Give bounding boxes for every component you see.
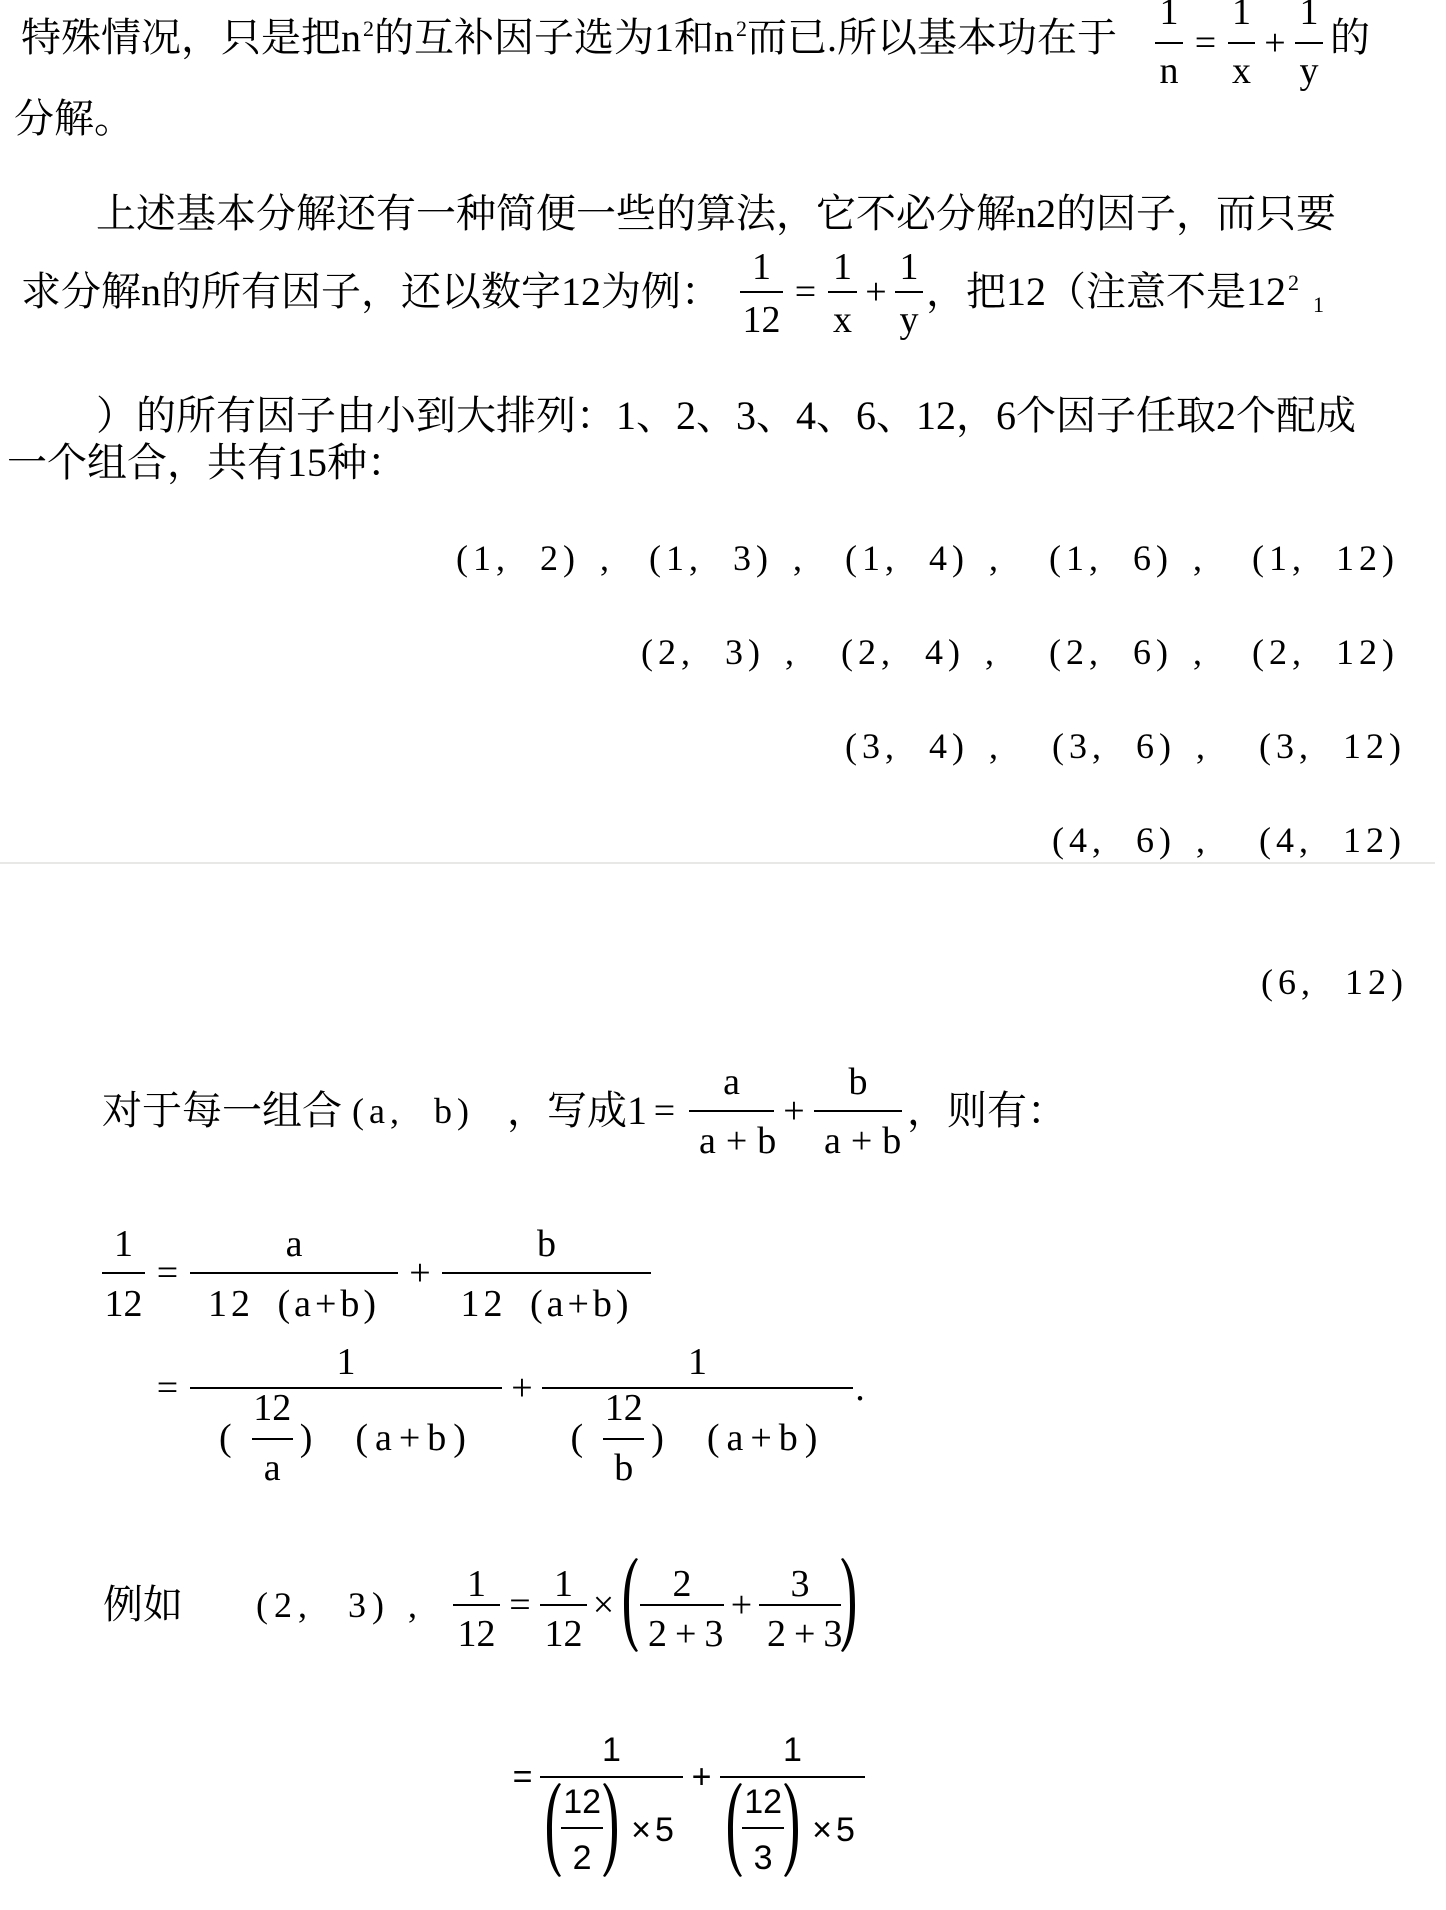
- combination-item: (1, 12): [1252, 538, 1399, 578]
- denominator: 2+3: [759, 1606, 841, 1653]
- method-line-3: ）的所有因子由小到大排列：1、2、3、4、6、12，6个因子任取2个配成: [96, 396, 1356, 436]
- equals-sign: =: [505, 1733, 540, 1821]
- combination-item: (2, 3),: [641, 632, 794, 672]
- combination-pair: (1, 4): [845, 538, 969, 578]
- fraction: 1 x: [1228, 0, 1255, 90]
- denominator: 12 2 ×5: [540, 1778, 683, 1878]
- combination-item: (1, 4),: [845, 538, 998, 578]
- superscript: 2: [736, 16, 747, 41]
- fraction: 3 2+3: [759, 1565, 841, 1653]
- denominator: y: [1295, 44, 1323, 90]
- example-pair-separator: ,: [408, 1585, 422, 1625]
- denominator: 3: [742, 1829, 784, 1875]
- method-line-1: 上述基本分解还有一种简便一些的算法，它不必分解n2的因子，而只要: [96, 194, 1336, 234]
- intro-text-2: 的互补因子选为1和n: [374, 15, 734, 60]
- numerator: 1: [895, 248, 923, 291]
- combination-item: (1, 3),: [649, 538, 802, 578]
- nested-fraction: 12 2: [561, 1785, 603, 1875]
- denominator: 12 (a+b): [442, 1274, 651, 1323]
- denominator: 12 3 ×5: [720, 1778, 865, 1878]
- page-divider: [0, 862, 1435, 864]
- combination-item: (1, 6),: [1049, 538, 1202, 578]
- fraction: a 12 (a+b): [190, 1225, 398, 1323]
- denominator: ( 12 a ) (a+b): [190, 1389, 502, 1487]
- combination-pair: (3, 4): [845, 726, 969, 766]
- numerator: a: [689, 1063, 774, 1110]
- intro-text-1: 特殊情况，只是把n: [21, 15, 361, 60]
- plus-sign: +: [774, 1063, 814, 1159]
- denominator: x: [1228, 44, 1255, 90]
- nested-fraction: 12 a: [252, 1389, 293, 1487]
- numerator: 1: [1228, 0, 1255, 42]
- denominator: x: [828, 293, 857, 339]
- equals-sign: =: [1183, 0, 1228, 93]
- intro-line-1-tail: 的: [1330, 18, 1370, 58]
- superscript: 2: [1288, 270, 1299, 295]
- general-form-text-3: ，则有：: [907, 1091, 1067, 1131]
- denominator: 12: [102, 1274, 145, 1323]
- combination-pair: (2, 3): [641, 632, 765, 672]
- denominator: y: [895, 293, 923, 339]
- times-sign: ×: [587, 1565, 620, 1645]
- period: .: [853, 1343, 867, 1433]
- combination-item: (1, 2),: [456, 538, 609, 578]
- combination-pair: (4, 12): [1259, 820, 1406, 860]
- numerator: 1: [542, 1343, 853, 1387]
- plus-sign: +: [857, 248, 895, 336]
- numerator: 1: [828, 248, 857, 291]
- right-paren: ): [300, 1419, 313, 1457]
- equals-sign: =: [145, 1343, 190, 1433]
- numerator: 1: [1295, 0, 1323, 42]
- combination-pair: (2, 6): [1049, 632, 1173, 672]
- numerator: 12: [561, 1785, 603, 1827]
- combination-item: (3, 6),: [1052, 726, 1205, 766]
- denominator: 2+3: [640, 1606, 724, 1653]
- combination-item: (2, 12): [1252, 632, 1399, 672]
- combination-item: (4, 6),: [1052, 820, 1205, 860]
- superscript: 2: [363, 16, 374, 41]
- left-paren: (: [219, 1419, 232, 1457]
- big-right-paren-icon: [603, 1782, 619, 1878]
- fraction: 1 12: [453, 1565, 500, 1653]
- example-equation-1: 1 12 = 1 12 × 2 2+3 + 3 2+3: [453, 1565, 857, 1653]
- separator: ,: [1196, 820, 1205, 860]
- combination-pair: (1, 12): [1252, 538, 1399, 578]
- separator: ,: [793, 538, 802, 578]
- denominator: 12: [453, 1606, 500, 1653]
- plus-sign: +: [683, 1733, 720, 1821]
- general-form-text-2: ，写成1: [507, 1091, 647, 1131]
- denominator: a+b: [689, 1112, 774, 1160]
- intro-line-1: 特殊情况，只是把n2的互补因子选为1和n2而已.所以基本功在于: [21, 18, 1117, 58]
- fraction: 1 y: [1295, 0, 1323, 90]
- fraction: 1 12 2 ×5: [540, 1733, 683, 1878]
- plus-sign: +: [724, 1565, 759, 1645]
- combination-item: (3, 12): [1259, 726, 1406, 766]
- separator: ,: [600, 538, 609, 578]
- combination-pair: (3, 6): [1052, 726, 1176, 766]
- combination-pair: (1, 6): [1049, 538, 1173, 578]
- derivation-equation-1: 1 12 = a 12 (a+b) + b 12 (a+b): [102, 1225, 651, 1323]
- numerator: 2: [640, 1565, 724, 1604]
- left-paren: (: [571, 1419, 584, 1457]
- combination-pair: (3, 12): [1259, 726, 1406, 766]
- big-left-paren-icon: [620, 1557, 640, 1653]
- denominator: a: [252, 1440, 293, 1487]
- numerator: a: [190, 1225, 398, 1272]
- fraction: 1 12: [540, 1565, 587, 1653]
- numerator: 12: [742, 1785, 784, 1827]
- denominator: 12: [540, 1606, 587, 1653]
- subscript: 1: [1313, 292, 1324, 317]
- numerator: b: [814, 1063, 902, 1110]
- separator: ,: [989, 726, 998, 766]
- equals-sign: =: [640, 1063, 689, 1159]
- big-left-paren-icon: [726, 1782, 742, 1878]
- numerator: 1: [720, 1733, 865, 1776]
- factor: (a+b): [707, 1419, 825, 1457]
- method-tail-text: ，把12（注意不是12: [926, 269, 1286, 314]
- combination-pair: (4, 6): [1052, 820, 1176, 860]
- denominator: 12 (a+b): [190, 1274, 398, 1323]
- equals-sign: =: [783, 248, 828, 336]
- general-form-equation: = a a+b + b a+b: [640, 1063, 902, 1160]
- method-equation: 1 12 = 1 x + 1 y: [740, 248, 923, 339]
- numerator: 1: [102, 1225, 145, 1272]
- numerator: 1: [740, 248, 783, 291]
- derivation-equation-2: = 1 ( 12 a ) (a+b) + 1 ( 12 b ) (a+b): [145, 1343, 867, 1487]
- fraction: 2 2+3: [640, 1565, 724, 1653]
- combination-pair: (6, 12): [1261, 962, 1408, 1002]
- fraction: 1 y: [895, 248, 923, 339]
- separator: ,: [1193, 632, 1202, 672]
- factor: (a+b): [355, 1419, 473, 1457]
- intro-line-2: 分解。: [14, 99, 134, 139]
- separator: ,: [985, 632, 994, 672]
- combination-pair: (2, 4): [841, 632, 965, 672]
- intro-text-3: 而已.所以基本功在于: [747, 15, 1117, 60]
- nested-fraction: 12 3: [742, 1785, 784, 1875]
- fraction: b 12 (a+b): [442, 1225, 651, 1323]
- denominator: b: [603, 1440, 644, 1487]
- fraction: 1 12: [740, 248, 783, 339]
- combination-item: (3, 4),: [845, 726, 998, 766]
- numerator: 12: [252, 1389, 293, 1438]
- fraction: 1 x: [828, 248, 857, 339]
- method-line-4: 一个组合，共有15种：: [7, 443, 407, 483]
- equals-sign: =: [500, 1565, 540, 1645]
- fraction: 1 n: [1155, 0, 1183, 90]
- plus-sign: +: [398, 1225, 442, 1321]
- numerator: 1: [190, 1343, 502, 1387]
- big-right-paren-icon: [841, 1557, 857, 1653]
- method-line-2: 求分解n的所有因子，还以数字12为例：: [21, 272, 721, 312]
- combination-item: (4, 12): [1259, 820, 1406, 860]
- big-left-paren-icon: [545, 1782, 561, 1878]
- plus-sign: +: [502, 1343, 542, 1433]
- denominator: n: [1155, 44, 1183, 90]
- separator: ,: [989, 538, 998, 578]
- numerator: 1: [540, 1565, 587, 1604]
- denominator: ( 12 b ) (a+b): [542, 1389, 853, 1487]
- fraction: a a+b: [689, 1063, 774, 1160]
- fraction: 1 12 3 ×5: [720, 1733, 865, 1878]
- combination-item: (6, 12): [1261, 962, 1408, 1002]
- plus-sign: +: [1255, 0, 1295, 93]
- numerator: 3: [759, 1565, 841, 1604]
- big-right-paren-icon: [784, 1782, 800, 1878]
- numerator: b: [442, 1225, 651, 1272]
- factor: ×5: [631, 1813, 678, 1847]
- combination-pair: (2, 12): [1252, 632, 1399, 672]
- denominator: 2: [561, 1829, 603, 1875]
- numerator: 1: [453, 1565, 500, 1604]
- numerator: 1: [1155, 0, 1183, 42]
- separator: ,: [1193, 538, 1202, 578]
- denominator: a+b: [814, 1112, 902, 1160]
- example-label: 例如: [103, 1585, 183, 1625]
- intro-equation: 1 n = 1 x + 1 y: [1155, 0, 1323, 93]
- factor: ×5: [812, 1813, 859, 1847]
- combination-pair: (1, 2): [456, 538, 580, 578]
- method-line-2-tail: ，把12（注意不是1221: [926, 272, 1324, 312]
- fraction: 1 ( 12 a ) (a+b): [190, 1343, 502, 1487]
- general-form-text-1: 对于每一组合: [102, 1091, 342, 1131]
- denominator: 12: [740, 293, 783, 339]
- fraction: b a+b: [814, 1063, 902, 1160]
- general-pair: (a, b): [352, 1091, 474, 1131]
- right-paren: ): [651, 1419, 664, 1457]
- fraction: 1 ( 12 b ) (a+b): [542, 1343, 853, 1487]
- example-equation-2: = 1 12 2 ×5 + 1 12: [505, 1733, 865, 1878]
- separator: ,: [1196, 726, 1205, 766]
- numerator: 1: [540, 1733, 683, 1776]
- numerator: 12: [603, 1389, 644, 1438]
- combination-pair: (1, 3): [649, 538, 773, 578]
- combination-item: (2, 6),: [1049, 632, 1202, 672]
- combination-item: (2, 4),: [841, 632, 994, 672]
- example-pair: (2, 3): [256, 1585, 390, 1625]
- separator: ,: [785, 632, 794, 672]
- fraction: 1 12: [102, 1225, 145, 1323]
- equals-sign: =: [145, 1225, 190, 1321]
- nested-fraction: 12 b: [603, 1389, 644, 1487]
